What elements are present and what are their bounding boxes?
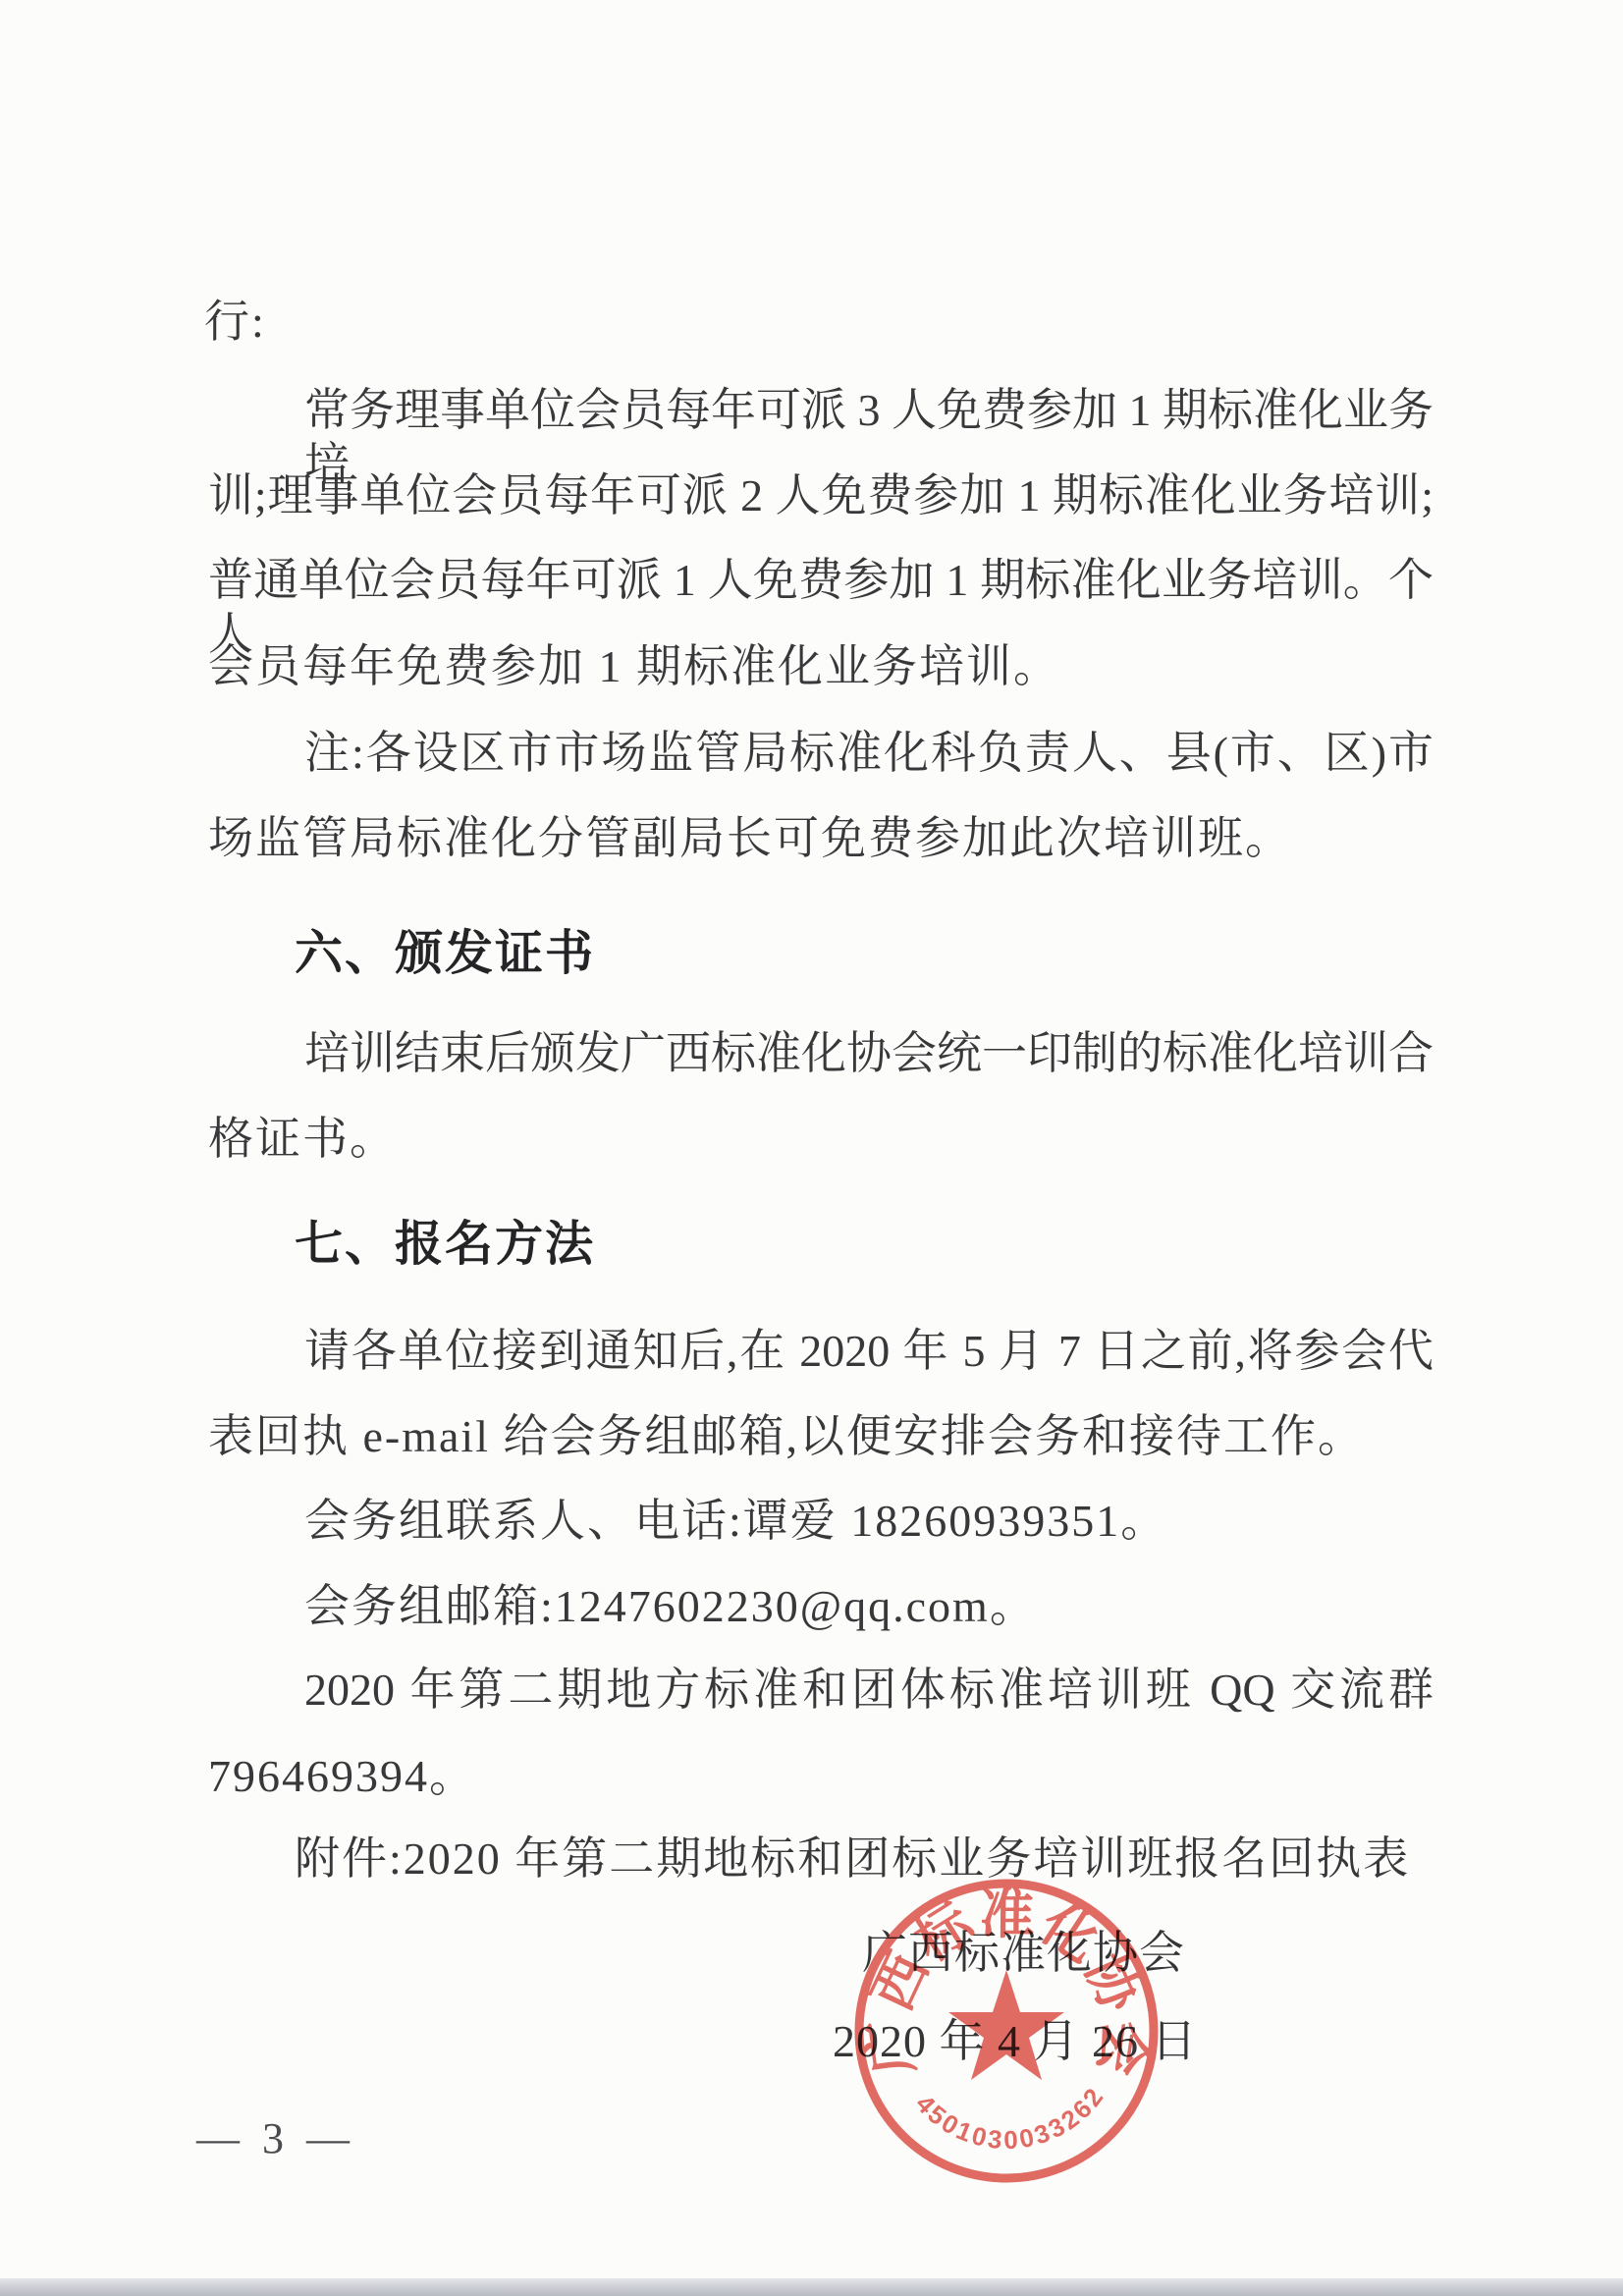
scan-edge xyxy=(0,2278,1623,2296)
note-line: 注:各设区市市场监管局标准化科负责人、县(市、区)市 xyxy=(304,726,1434,780)
continuation-line: 行: xyxy=(204,295,266,349)
paragraph-line: 格证书。 xyxy=(208,1112,397,1166)
paragraph-line: 培训结束后颁发广西标准化协会统一印制的标准化培训合 xyxy=(304,1026,1434,1080)
official-stamp: 广西标准化协会 4501030033262 xyxy=(830,1854,1183,2208)
document-page: 行: 常务理事单位会员每年可派 3 人免费参加 1 期标准化业务培 训;理事单位… xyxy=(0,0,1623,2296)
section-heading-seven: 七、报名方法 xyxy=(295,1216,595,1274)
contact-email-line: 会务组邮箱:1247602230@qq.com。 xyxy=(304,1579,1037,1633)
paragraph-line: 训;理事单位会员每年可派 2 人免费参加 1 期标准化业务培训; xyxy=(208,468,1434,522)
page-number: — 3 — xyxy=(196,2113,355,2163)
paragraph-line: 请各单位接到通知后,在 2020 年 5 月 7 日之前,将参会代 xyxy=(304,1324,1434,1378)
paragraph-line: 会员每年免费参加 1 期标准化业务培训。 xyxy=(208,639,1060,693)
contact-phone-line: 会务组联系人、电话:谭爱 18260939351。 xyxy=(304,1494,1167,1548)
paragraph-line: 表回执 e-mail 给会务组邮箱,以便安排会务和接待工作。 xyxy=(208,1409,1365,1463)
stamp-serial-text: 4501030033262 xyxy=(910,2081,1110,2156)
note-line: 场监管局标准化分管副局长可免费参加此次培训班。 xyxy=(208,811,1292,865)
qq-group-number-line: 796469394。 xyxy=(208,1749,476,1803)
star-icon xyxy=(948,1970,1064,2080)
section-heading-six: 六、颁发证书 xyxy=(295,925,595,983)
qq-group-line: 2020 年第二期地方标准和团体标准培训班 QQ 交流群 xyxy=(304,1663,1434,1717)
